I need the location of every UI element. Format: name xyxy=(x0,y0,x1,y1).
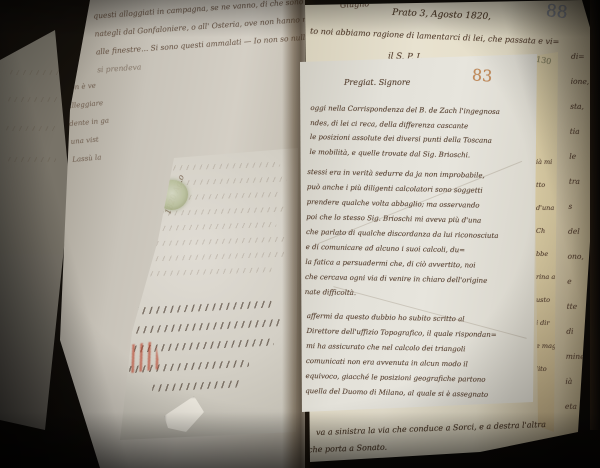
handwriting-blur xyxy=(149,252,285,262)
left-page-top-text: questi alloggiati in campagna, se ne van… xyxy=(93,0,312,74)
handwriting-blur xyxy=(6,126,58,131)
handwriting-line: quella del Duomo di Milano, al quale si … xyxy=(305,387,495,399)
handwriting-line: ndes, di lei ci reca, della differenza c… xyxy=(310,119,500,131)
handwriting-fragment: Lassù la xyxy=(72,148,164,164)
page-number-pencil: 88 xyxy=(545,1,569,23)
handwriting-line: prendere qualche volta abbaglio; ma osse… xyxy=(307,198,500,210)
edge-line-endings: ià mi tto d'una Ch bbe rina a usto i dir… xyxy=(536,158,558,373)
handwriting-fragment: bbe xyxy=(536,250,558,258)
handwriting-fragment: ià mi xyxy=(536,158,558,166)
handwriting-fragment: d'una xyxy=(536,204,558,212)
letter-paragraph-3: affermi da questo dubbio ho subito scrit… xyxy=(305,312,497,399)
handwriting-line: oggi nella Corrispondenza del B. de Zach… xyxy=(310,104,500,116)
left-page-margin-text: non è ve alleggiare dente in ga una vist… xyxy=(66,76,165,164)
handwriting-blur xyxy=(152,380,242,392)
handwriting-line: e di comunicare ad alcuno i suoi calcoli… xyxy=(306,243,499,255)
handwriting-fragment: usto xyxy=(536,296,558,304)
handwriting-fragment: i dir xyxy=(536,319,558,327)
handwriting-line: che cercava ogni via di venire in chiaro… xyxy=(305,273,498,285)
manuscript-photo: questi alloggiati in campagna, se ne van… xyxy=(0,0,600,468)
handwriting-line: nate difficoltà. xyxy=(305,288,498,300)
handwriting-line: to noi abbiamo ragione di lamentarci di … xyxy=(310,27,560,47)
handwriting-blur xyxy=(8,157,56,162)
salutation: Pregiat. Signore xyxy=(344,78,410,87)
handwriting-line: la fatica a persuadermi che, di ciò avve… xyxy=(305,258,498,270)
handwriting-line: va a sinistra la via che conduce a Sorci… xyxy=(316,420,546,437)
letter-paragraph-1: oggi nella Corrispondenza del B. de Zach… xyxy=(309,104,499,159)
handwriting-blur xyxy=(123,319,281,334)
handwriting-line: stessi era in verità sedurre da ja non i… xyxy=(307,168,500,180)
handwriting-blur xyxy=(156,222,276,231)
handwriting-fragment: tto xyxy=(536,181,558,189)
handwriting-line: può anche i più diligenti calcolatori so… xyxy=(307,183,500,195)
handwriting-line: che porta a Sonato. xyxy=(308,443,387,455)
handwriting-fragment: una vist xyxy=(70,130,162,146)
underlying-sheet-left-edge xyxy=(0,30,70,430)
inserted-letter-right: Pregiat. Signore 83 oggi nella Corrispon… xyxy=(300,52,540,414)
handwriting-line: equivoco, giacché le posizioni geografic… xyxy=(305,372,495,384)
handwriting-blur xyxy=(143,237,285,247)
handwriting-fragment: lito xyxy=(536,365,558,373)
handwriting-fragment: dente in ga xyxy=(69,112,161,128)
month-fragment: Giugno xyxy=(340,0,370,10)
handwriting-blur xyxy=(8,97,60,102)
letter-paragraph-2: stessi era in verità sedurre da ja non i… xyxy=(305,168,500,300)
paper-tear xyxy=(164,396,204,432)
book-board-edge xyxy=(590,0,600,430)
handwriting-blur xyxy=(10,70,62,75)
handwriting-line: mi ha assicurato che nel calcolo dei tri… xyxy=(306,342,496,354)
handwriting-line: comunicati non era avvenuta in alcun mod… xyxy=(306,357,496,369)
handwriting-fragment: Ch xyxy=(536,227,558,235)
handwriting-line: le posizioni assolute dei diversi punti … xyxy=(310,133,500,145)
handwriting-line: Direttore dell'uffizio Topografico, il q… xyxy=(306,327,496,339)
handwriting-fragment: non è ve xyxy=(66,76,158,92)
folio-number-orange: 83 xyxy=(471,65,493,85)
handwriting-line: affermi da questo dubbio ho subito scrit… xyxy=(307,312,497,324)
handwriting-blur xyxy=(122,300,272,315)
handwriting-fragment: e maggio xyxy=(536,342,558,350)
handwriting-line: le mobilità, e quelle trovate dal Sig. B… xyxy=(309,148,499,160)
handwriting-fragment: rina a xyxy=(536,273,558,281)
handwriting-line: che parlato di qualche discordanza da lu… xyxy=(306,228,499,240)
dateline: Prato 3, Agosto 1820, xyxy=(392,8,491,22)
handwriting-fragment: alleggiare xyxy=(67,94,159,110)
handwriting-blur xyxy=(144,267,272,276)
handwriting-line: poi che lo stesso Sig. Brioschi mi aveva… xyxy=(306,213,499,225)
